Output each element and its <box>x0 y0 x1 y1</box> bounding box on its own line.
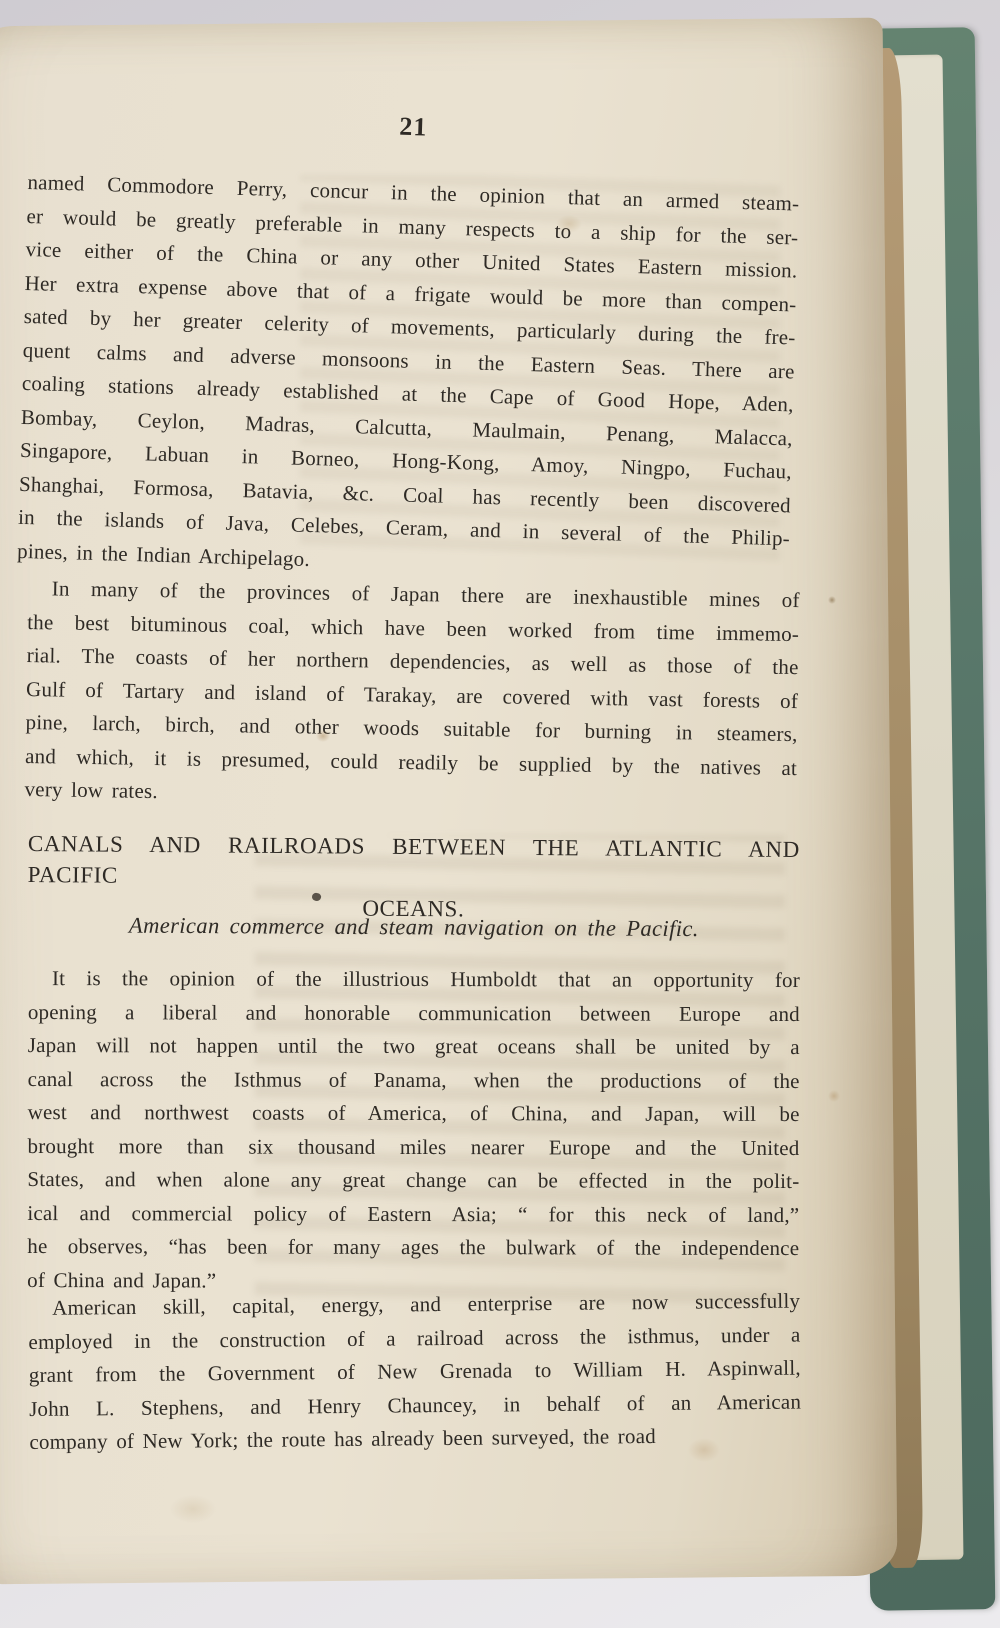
text-line: Japan will not happen until the two grea… <box>28 1029 800 1065</box>
text-line: States, and when alone any great change … <box>27 1163 799 1199</box>
paragraph-japan-coal: In many of the provinces of Japan there … <box>24 572 800 819</box>
text-line: ical and commercial policy of Eastern As… <box>27 1196 799 1232</box>
page-number: 21 <box>27 100 800 154</box>
paragraph-humboldt-canal: It is the opinion of the illustrious Hum… <box>27 962 800 1299</box>
section-heading-line1: CANALS AND RAILROADS BETWEEN THE ATLANTI… <box>28 828 800 896</box>
text-line: company of New York; the route has alrea… <box>29 1419 801 1460</box>
printed-text-layer: 21 named Commodore Perry, concur in the … <box>0 0 1000 1628</box>
text-line: It is the opinion of the illustrious Hum… <box>28 962 800 998</box>
text-line: he observes, “has been for many ages the… <box>27 1230 799 1266</box>
subheading-italic: American commerce and steam navigation o… <box>28 912 800 943</box>
paragraph-armed-steamer: named Commodore Perry, concur in the opi… <box>17 166 800 589</box>
paragraph-panama-railroad: American skill, capital, energy, and ent… <box>28 1285 802 1460</box>
text-line: canal across the Isthmus of Panama, when… <box>28 1062 800 1098</box>
text-line: opening a liberal and honorable communic… <box>28 995 800 1031</box>
text-line: brought more than six thousand miles nea… <box>27 1129 799 1165</box>
text-line: west and northwest coasts of America, of… <box>28 1096 800 1132</box>
photo-background: 21 named Commodore Perry, concur in the … <box>0 0 1000 1628</box>
